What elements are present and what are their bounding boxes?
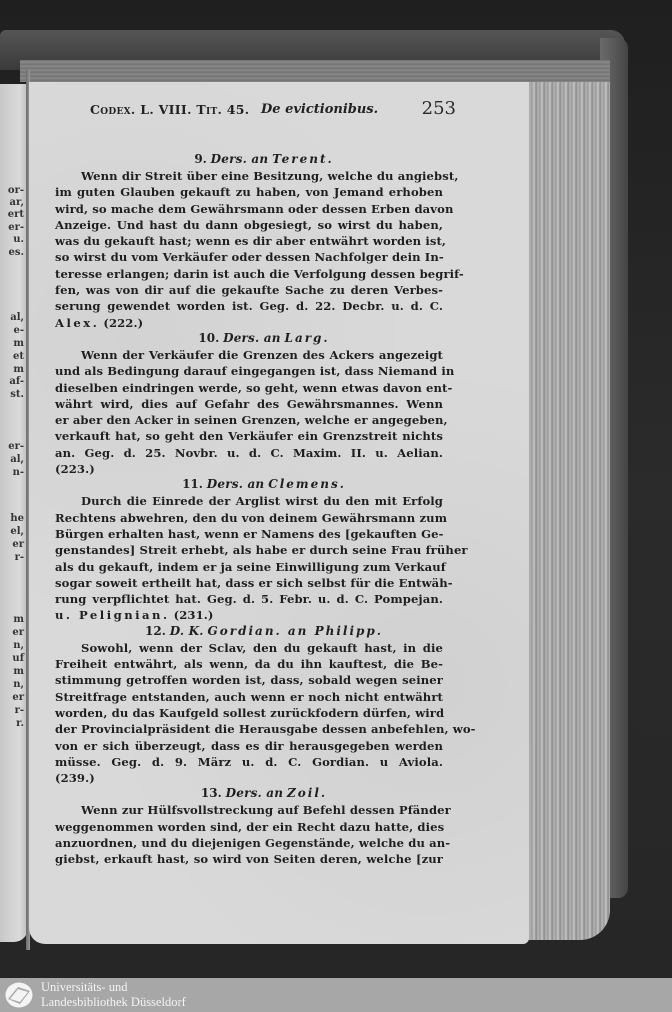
left-page-text-fragment: ar, <box>9 197 24 209</box>
section-addressee-name: Zoil. <box>287 786 327 800</box>
section-heading: 11. Ders. an Clemens. <box>85 477 443 493</box>
left-page-text-fragment: n, <box>13 640 24 652</box>
section-addressee-prefix: Ders. an <box>223 331 281 345</box>
left-page-text-fragment: r. <box>16 718 24 730</box>
page-top-edge <box>20 60 610 82</box>
section-addressee-name: Gordian. an Philipp. <box>208 624 383 638</box>
left-page-text-fragment: al, <box>10 312 24 324</box>
left-page-text-fragment: n- <box>13 467 24 479</box>
section-13: 13. Ders. an Zoil.Wenn zur Hülfsvollstre… <box>55 786 443 867</box>
text-line: er aber den Acker in seinen Grenzen, wel… <box>55 412 443 428</box>
section-heading: 10. Ders. an Larg. <box>85 331 443 347</box>
text-line: Wenn dir Streit über eine Besitzung, wel… <box>55 168 443 184</box>
text-line: und als Bedingung darauf eingegangen ist… <box>55 363 443 379</box>
section-addressee-name: Terent. <box>272 152 334 166</box>
text-line: als du gekauft, indem er ja seine Einwil… <box>55 559 443 575</box>
text-line: worden, du das Kaufgeld sollest zurückfo… <box>55 705 443 721</box>
text-line: stimmung getroffen worden ist, dass, sob… <box>55 672 443 688</box>
left-page-text-fragment: af- <box>9 376 24 388</box>
citation-line: (239.) <box>55 770 443 786</box>
emperor-name: u. Pelignian. <box>55 608 170 622</box>
codex-reference: Codex. L. VIII. Tit. 45. <box>90 102 249 117</box>
left-page-text-fragment: et <box>13 351 24 363</box>
book-logo-icon <box>4 981 34 1009</box>
left-page-text-fragment: m <box>13 614 24 626</box>
text-line: der Provincialpräsident die Herausgabe d… <box>55 721 443 737</box>
section-12: 12. D. K. Gordian. an Philipp.Sowohl, we… <box>55 624 443 787</box>
left-page-text-fragment: m <box>13 338 24 350</box>
constitution-number: (239.) <box>55 771 95 785</box>
page-block-edges <box>520 60 610 940</box>
text-line: genstandes] Streit erhebt, als habe er d… <box>55 542 443 558</box>
library-name: Universitäts- und Landesbibliothek Düsse… <box>41 980 186 1009</box>
section-heading: 13. Ders. an Zoil. <box>85 786 443 802</box>
text-line: an. Geg. d. 25. Novbr. u. d. C. Maxim. I… <box>55 445 443 461</box>
left-page-text-fragment: es. <box>9 247 24 259</box>
left-page-text-fragment: er <box>12 539 24 551</box>
left-page-text-fragment: n, <box>13 679 24 691</box>
text-line: währt wird, dies auf Gefahr des Gewährsm… <box>55 396 443 412</box>
text-line: verkauft hat, so geht den Verkäufer ein … <box>55 428 443 444</box>
section-number: 9. <box>194 152 207 166</box>
text-line: Streitfrage entstanden, auch wenn er noc… <box>55 689 443 705</box>
text-line: Wenn der Verkäufer die Grenzen des Acker… <box>55 347 443 363</box>
section-number: 10. <box>198 331 219 345</box>
left-page-text-fragment: el, <box>10 526 24 538</box>
left-page-text-fragment: r- <box>15 705 24 717</box>
text-line: Bürgen erhalten hast, wenn er Namens des… <box>55 526 443 542</box>
text-line: Rechtens abwehren, den du von deinem Gew… <box>55 510 443 526</box>
section-number: 12. <box>145 624 166 638</box>
left-page-text-fragment: m <box>13 666 24 678</box>
text-line: teresse erlangen; darin ist auch die Ver… <box>55 266 443 282</box>
text-line: von er sich überzeugt, dass es dir herau… <box>55 738 443 754</box>
text-line: serung gewendet worden ist. Geg. d. 22. … <box>55 298 443 314</box>
text-line: im guten Glauben gekauft zu haben, von J… <box>55 184 443 200</box>
constitution-number: (223.) <box>55 462 95 476</box>
text-line: Sowohl, wenn der Sclav, den du gekauft h… <box>55 640 443 656</box>
text-line: sogar soweit ertheilt hat, dass er sich … <box>55 575 443 591</box>
left-page-text-fragment: or- <box>8 185 24 197</box>
section-9: 9. Ders. an Terent.Wenn dir Streit über … <box>55 152 443 331</box>
left-page-fragment: or-ar,erter-u.es.al,e-metmaf-st.er-al,n-… <box>0 84 28 942</box>
section-number: 13. <box>201 786 222 800</box>
text-line: weggenommen worden sind, der ein Recht d… <box>55 819 443 835</box>
left-page-text-fragment: st. <box>10 389 24 401</box>
text-line: Freiheit entwährt, als wenn, da du ihn k… <box>55 656 443 672</box>
text-line: Wenn zur Hülfsvollstreckung auf Befehl d… <box>55 802 443 818</box>
text-line: anzuordnen, und du diejenigen Gegenständ… <box>55 835 443 851</box>
left-page-text-fragment: e- <box>13 325 24 337</box>
section-addressee-prefix: Ders. an <box>211 152 269 166</box>
citation-line: Alex. (222.) <box>55 315 443 331</box>
citation-line: (223.) <box>55 461 443 477</box>
text-line: müsse. Geg. d. 9. März u. d. C. Gordian.… <box>55 754 443 770</box>
text-line: fen, was von dir auf die gekaufte Sache … <box>55 282 443 298</box>
section-heading: 12. D. K. Gordian. an Philipp. <box>85 624 443 640</box>
page-body: 9. Ders. an Terent.Wenn dir Streit über … <box>55 152 443 868</box>
text-line: rung verpflichtet hat. Geg. d. 5. Febr. … <box>55 591 443 607</box>
text-line: giebst, erkauft hast, so wird von Seiten… <box>55 851 443 867</box>
left-page-text-fragment: m <box>13 364 24 376</box>
section-title: De evictionibus. <box>261 102 378 117</box>
text-line: wird, so mache dem Gewährsmann oder dess… <box>55 201 443 217</box>
section-addressee-name: Clemens. <box>268 477 346 491</box>
section-number: 11. <box>182 477 203 491</box>
section-addressee-prefix: D. K. <box>170 624 204 638</box>
text-line: dieselben eindringen werde, so geht, wen… <box>55 380 443 396</box>
citation-line: u. Pelignian. (231.) <box>55 607 443 623</box>
left-page-text-fragment: er <box>12 692 24 704</box>
section-addressee-prefix: Ders. an <box>226 786 284 800</box>
section-addressee-prefix: Ders. an <box>207 477 265 491</box>
page-number: 253 <box>422 98 456 119</box>
left-page-text-fragment: he <box>10 513 24 525</box>
text-line: so wirst du vom Verkäufer oder dessen Na… <box>55 249 443 265</box>
text-line: Anzeige. Und hast du dann obgesiegt, so … <box>55 217 443 233</box>
text-line: Durch die Einrede der Arglist wirst du d… <box>55 493 443 509</box>
section-addressee-name: Larg. <box>285 331 330 345</box>
library-name-line2: Landesbibliothek Düsseldorf <box>41 995 186 1010</box>
constitution-number: (231.) <box>170 608 214 622</box>
left-page-text-fragment: uf <box>12 653 24 665</box>
section-heading: 9. Ders. an Terent. <box>85 152 443 168</box>
left-page-text-fragment: er <box>12 627 24 639</box>
library-name-line1: Universitäts- und <box>41 980 186 995</box>
left-page-text-fragment: u. <box>13 234 24 246</box>
left-page-text-fragment: er- <box>8 222 24 234</box>
constitution-number: (222.) <box>99 316 143 330</box>
section-10: 10. Ders. an Larg.Wenn der Verkäufer die… <box>55 331 443 477</box>
left-page-text-fragment: al, <box>10 454 24 466</box>
section-11: 11. Ders. an Clemens.Durch die Einrede d… <box>55 477 443 623</box>
emperor-name: Alex. <box>55 316 99 330</box>
left-page-text-fragment: er- <box>8 441 24 453</box>
text-line: was du gekauft hast; wenn es dir aber en… <box>55 233 443 249</box>
running-head: Codex. L. VIII. Tit. 45. De evictionibus… <box>86 98 456 122</box>
left-page-text-fragment: r- <box>15 552 24 564</box>
left-page-text-fragment: ert <box>8 209 24 221</box>
library-footer: Universitäts- und Landesbibliothek Düsse… <box>0 978 672 1012</box>
